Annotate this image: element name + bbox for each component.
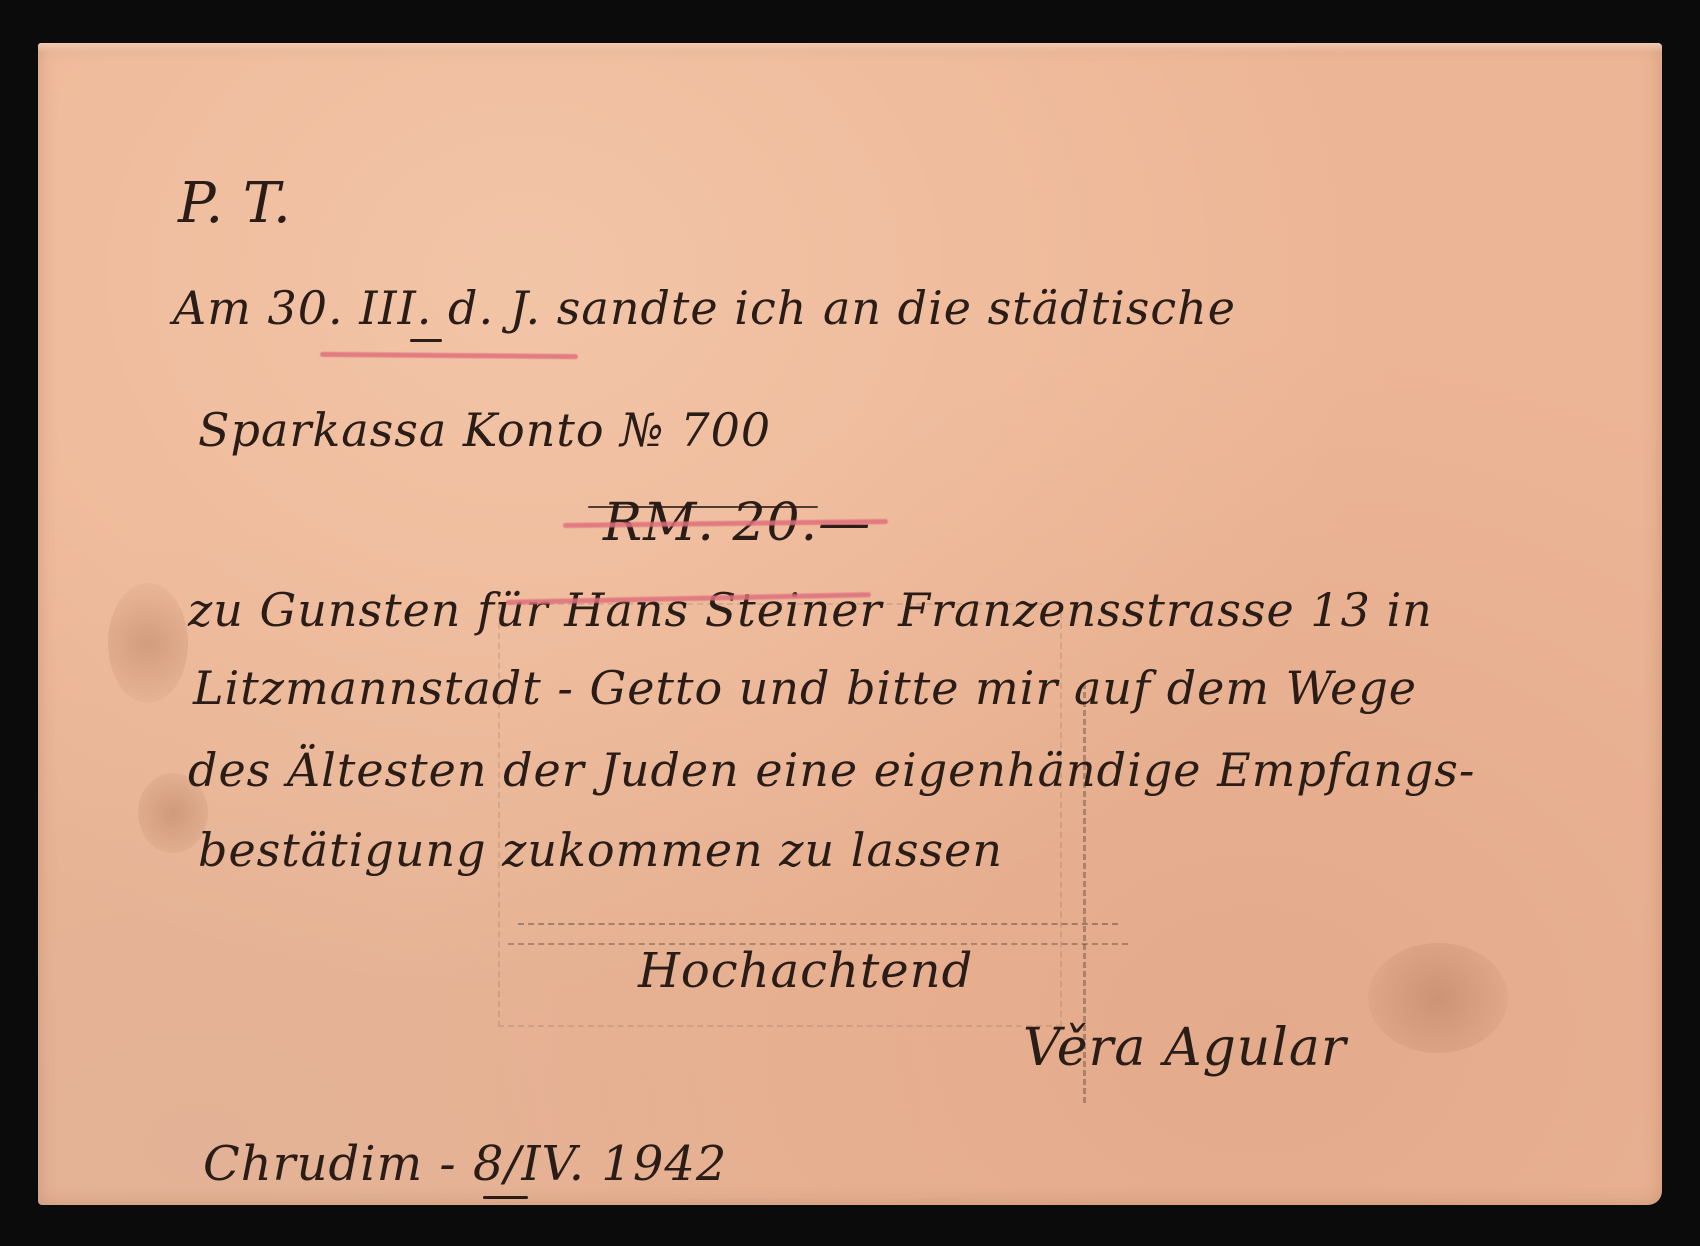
postcard: P. T. Am 30. III. d. J. sandte ich an di… [38, 43, 1662, 1205]
signature: Věra Agular [1023, 1018, 1347, 1078]
salutation: P. T. [178, 171, 292, 236]
body-line-3: zu Gunsten für Hans Steiner Franzensstra… [188, 583, 1433, 637]
red-underline-date [320, 352, 578, 359]
closing: Hochachtend [638, 943, 973, 999]
stamp-show-through-lines [518, 923, 1118, 925]
ink-underline-amount [588, 506, 818, 508]
body-line-1: Am 30. III. d. J. sandte ich an die städ… [173, 281, 1236, 335]
body-line-5: des Ältesten der Juden eine eigenhändige… [188, 743, 1475, 797]
ink-underline-roman-numeral [410, 339, 442, 342]
body-line-6: bestätigung zukommen zu lassen [198, 823, 1003, 877]
ink-underline-month [483, 1196, 528, 1199]
stain [108, 583, 188, 703]
body-line-2: Sparkassa Konto № 700 [198, 403, 771, 457]
body-line-4: Litzmannstadt - Getto und bitte mir auf … [193, 661, 1417, 715]
card-edge [38, 43, 1662, 53]
stain [1368, 943, 1508, 1053]
place-date: Chrudim - 8/IV. 1942 [203, 1136, 727, 1192]
